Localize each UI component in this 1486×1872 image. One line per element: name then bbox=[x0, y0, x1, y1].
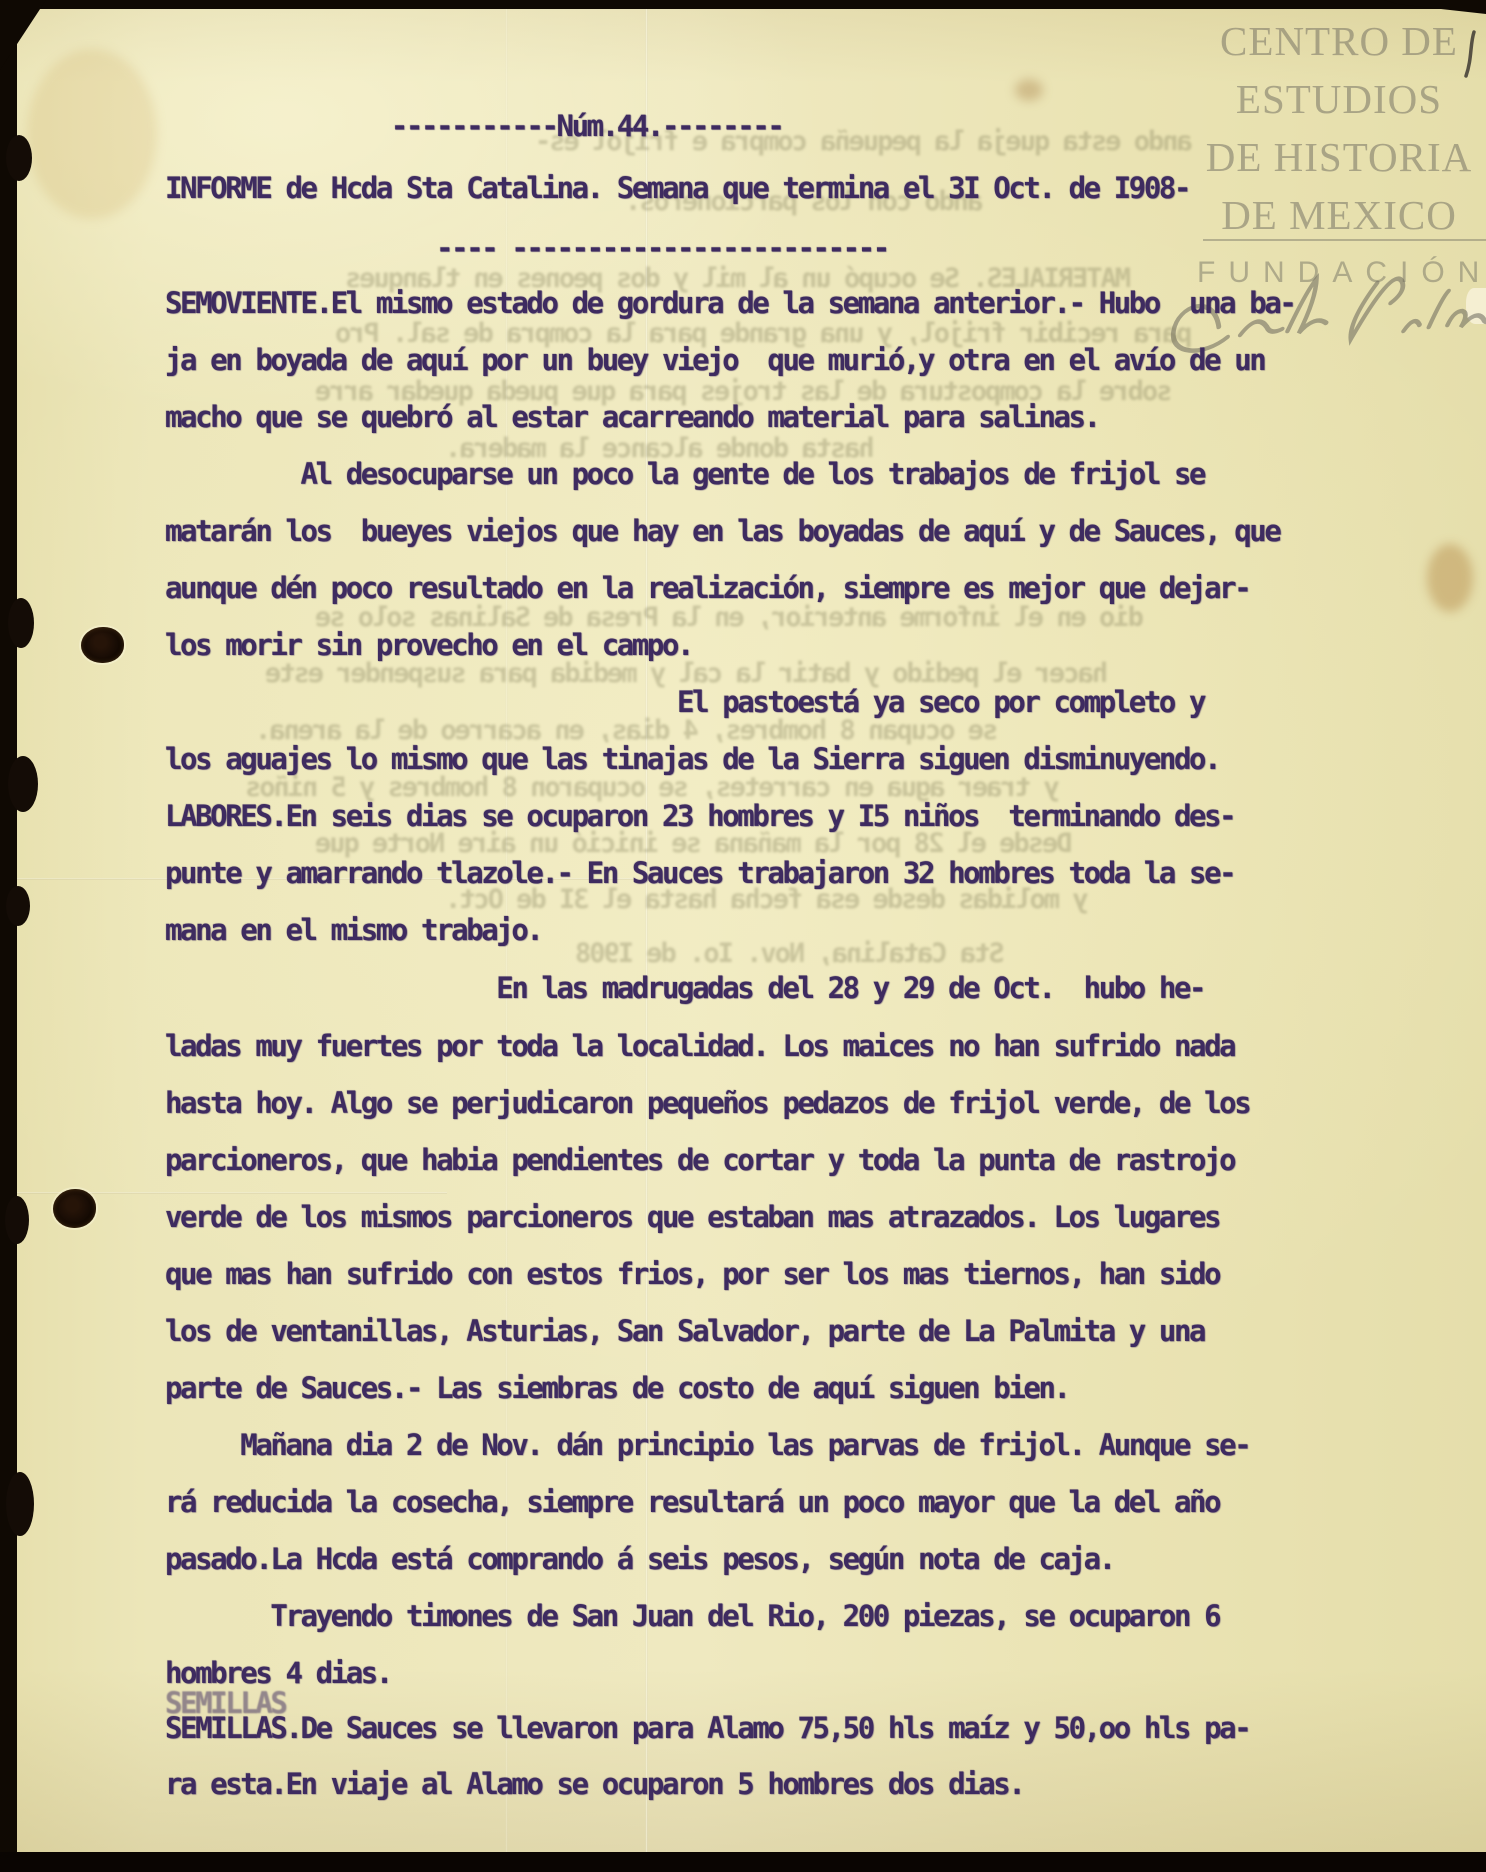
typed-line: aunque dén poco resultado en la realizac… bbox=[165, 571, 1249, 605]
typed-line: que mas han sufrido con estos frios, por… bbox=[165, 1257, 1219, 1291]
typed-line: mana en el mismo trabajo. bbox=[165, 913, 542, 947]
punch-hole bbox=[81, 627, 124, 663]
typed-line: hasta hoy. Algo se perjudicaron pequeños… bbox=[165, 1086, 1249, 1120]
torn-edge bbox=[8, 598, 34, 648]
typed-line: -----------Núm.44.-------- bbox=[165, 109, 782, 143]
typed-line: ---- ------------------------- bbox=[165, 231, 888, 265]
typed-line: matarán los bueyes viejos que hay en las… bbox=[165, 514, 1279, 548]
watermark-institution-line: DE MEXICO bbox=[1189, 191, 1486, 239]
typed-line: parcioneros, que habia pendientes de cor… bbox=[165, 1143, 1234, 1177]
watermark-institution-line: DE HISTORIA bbox=[1189, 133, 1486, 181]
punch-hole bbox=[53, 1189, 96, 1228]
paper-stain bbox=[1015, 79, 1043, 101]
watermark-institution-line: CENTRO DE bbox=[1189, 17, 1486, 65]
typed-line: Trayendo timones de San Juan del Rio, 20… bbox=[165, 1599, 1219, 1633]
torn-edge bbox=[6, 886, 30, 926]
paper-stain bbox=[27, 49, 157, 219]
watermark-divider bbox=[1203, 239, 1486, 241]
scan-edge bbox=[0, 1852, 1486, 1872]
bleedthrough-line: Sta Catalina, Nov. Io. de I908 bbox=[577, 939, 1005, 969]
torn-edge bbox=[6, 135, 32, 181]
typed-line: ra esta.En viaje al Alamo se ocuparon 5 … bbox=[165, 1767, 1023, 1801]
torn-edge bbox=[5, 1196, 29, 1244]
scan-edge bbox=[0, 0, 17, 1872]
typed-line: En las madrugadas del 28 y 29 de Oct. hu… bbox=[165, 971, 1204, 1005]
typed-line: SEMILLAS.De Sauces se llevaron para Alam… bbox=[165, 1711, 1249, 1745]
typed-line: LABORES.En seis dias se ocuparon 23 homb… bbox=[165, 799, 1234, 833]
typed-line: macho que se quebró al estar acarreando … bbox=[165, 400, 1099, 434]
typed-line: rá reducida la cosecha, siempre resultar… bbox=[165, 1485, 1219, 1519]
typed-line: pasado.La Hcda está comprando á seis pes… bbox=[165, 1542, 1114, 1576]
typed-line: INFORME de Hcda Sta Catalina. Semana que… bbox=[165, 171, 1189, 205]
bleedthrough-line: Desde el 28 por la mañana se inició un a… bbox=[317, 829, 1073, 859]
typed-line: los morir sin provecho en el campo. bbox=[165, 628, 692, 662]
typed-line: ladas muy fuertes por toda la localidad.… bbox=[165, 1029, 1234, 1063]
typed-line: parte de Sauces.- Las siembras de costo … bbox=[165, 1371, 1069, 1405]
typed-line: Al desocuparse un poco la gente de los t… bbox=[165, 457, 1204, 491]
scanned-document-page: CENTRO DE ESTUDIOS DE HISTORIA DE MEXICO… bbox=[0, 0, 1486, 1872]
typed-line: punte y amarrando tlazole.- En Sauces tr… bbox=[165, 856, 1234, 890]
typed-line: Mañana dia 2 de Nov. dán principio las p… bbox=[165, 1428, 1249, 1462]
typed-line: verde de los mismos parcioneros que esta… bbox=[165, 1200, 1219, 1234]
watermark-institution-line: ESTUDIOS bbox=[1189, 75, 1486, 123]
pencil-mark-page-number bbox=[1461, 29, 1479, 79]
scan-edge bbox=[0, 0, 1486, 9]
typed-line: los aguajes lo mismo que las tinajas de … bbox=[165, 742, 1219, 776]
typed-line: SEMOVIENTE.El mismo estado de gordura de… bbox=[165, 286, 1294, 320]
typed-line: El pastoestá ya seco por completo y bbox=[165, 685, 1204, 719]
torn-edge bbox=[8, 756, 38, 812]
typed-line: hombres 4 dias. bbox=[165, 1656, 391, 1690]
torn-edge bbox=[6, 1472, 34, 1536]
paper-stain bbox=[1427, 544, 1473, 612]
typed-line: los de ventanillas, Asturias, San Salvad… bbox=[165, 1314, 1204, 1348]
typed-line: ja en boyada de aquí por un buey viejo q… bbox=[165, 343, 1264, 377]
paper-sheet: CENTRO DE ESTUDIOS DE HISTORIA DE MEXICO… bbox=[17, 9, 1486, 1853]
